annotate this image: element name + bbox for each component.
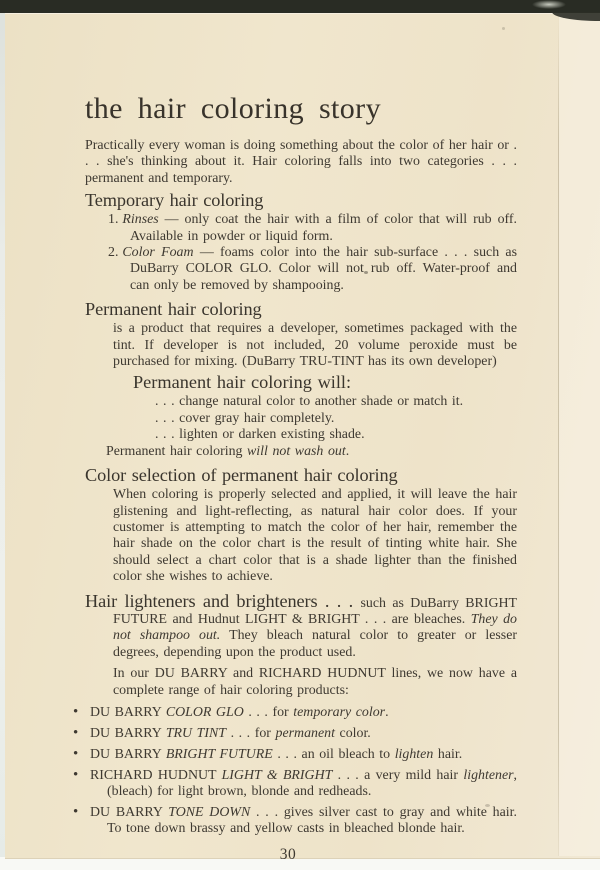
permanent-body-paragraph: is a product that requires a developer, … bbox=[113, 321, 517, 370]
product-text: DU BARRY TRU TINT . . . for permanent co… bbox=[90, 726, 371, 741]
item-number: 1. bbox=[108, 212, 122, 227]
will-list-item: . . . lighten or darken existing shade. bbox=[155, 427, 517, 443]
product-item-tone-down: •DU BARRY TONE DOWN . . . gives silver c… bbox=[90, 805, 517, 838]
scanned-booklet-page: the hair coloring story Practically ever… bbox=[0, 0, 600, 870]
book-binding-top-edge bbox=[0, 0, 600, 13]
product-item-color-glo: •DU BARRY COLOR GLO . . . for temporary … bbox=[90, 705, 517, 721]
product-item-tru-tint: •DU BARRY TRU TINT . . . for permanent c… bbox=[90, 726, 517, 742]
heading-temporary-hair-coloring: Temporary hair coloring bbox=[85, 189, 517, 211]
underlying-page-leaf bbox=[559, 14, 600, 856]
bullet-icon: • bbox=[73, 767, 78, 783]
subheading-permanent-will: Permanent hair coloring will: bbox=[133, 372, 517, 393]
product-item-light-and-bright: •RICHARD HUDNUT LIGHT & BRIGHT . . . a v… bbox=[90, 768, 517, 801]
numbered-item-rinses: 1.Rinses — only coat the hair with a fil… bbox=[130, 212, 517, 245]
page-title: the hair coloring story bbox=[85, 94, 517, 124]
item-text: Rinses — only coat the hair with a film … bbox=[122, 212, 517, 243]
bullet-icon: • bbox=[73, 725, 78, 741]
item-number: 2. bbox=[108, 245, 122, 260]
heading-permanent-hair-coloring: Permanent hair coloring bbox=[85, 298, 517, 320]
item-text: Color Foam — foams color into the hair s… bbox=[122, 245, 517, 293]
lighteners-paragraph: Hair lighteners and brighteners . . . su… bbox=[113, 591, 517, 662]
selection-body-paragraph: When coloring is properly selected and a… bbox=[113, 487, 517, 585]
product-item-bright-future: •DU BARRY BRIGHT FUTURE . . . an oil ble… bbox=[90, 747, 517, 763]
permanent-footnote: Permanent hair coloring will not wash ou… bbox=[106, 444, 517, 460]
product-list: •DU BARRY COLOR GLO . . . for temporary … bbox=[90, 705, 517, 838]
intro-paragraph: Practically every woman is doing somethi… bbox=[85, 138, 517, 187]
product-range-intro: In our DU BARRY and RICHARD HUDNUT lines… bbox=[113, 666, 517, 699]
bullet-icon: • bbox=[73, 804, 78, 820]
will-list-item: . . . change natural color to another sh… bbox=[155, 394, 517, 410]
bullet-icon: • bbox=[73, 704, 78, 720]
product-text: DU BARRY TONE DOWN . . . gives silver ca… bbox=[90, 805, 517, 836]
will-list-item: . . . cover gray hair completely. bbox=[155, 411, 517, 427]
heading-color-selection: Color selection of permanent hair colori… bbox=[85, 464, 517, 486]
product-text: DU BARRY COLOR GLO . . . for temporary c… bbox=[90, 705, 389, 720]
product-text: RICHARD HUDNUT LIGHT & BRIGHT . . . a ve… bbox=[90, 768, 517, 799]
page-number: 30 bbox=[85, 847, 517, 863]
page-content: the hair coloring story Practically ever… bbox=[85, 14, 517, 863]
numbered-item-color-foam: 2.Color Foam — foams color into the hair… bbox=[130, 245, 517, 294]
product-text: DU BARRY BRIGHT FUTURE . . . an oil blea… bbox=[90, 747, 462, 762]
bullet-icon: • bbox=[73, 746, 78, 762]
